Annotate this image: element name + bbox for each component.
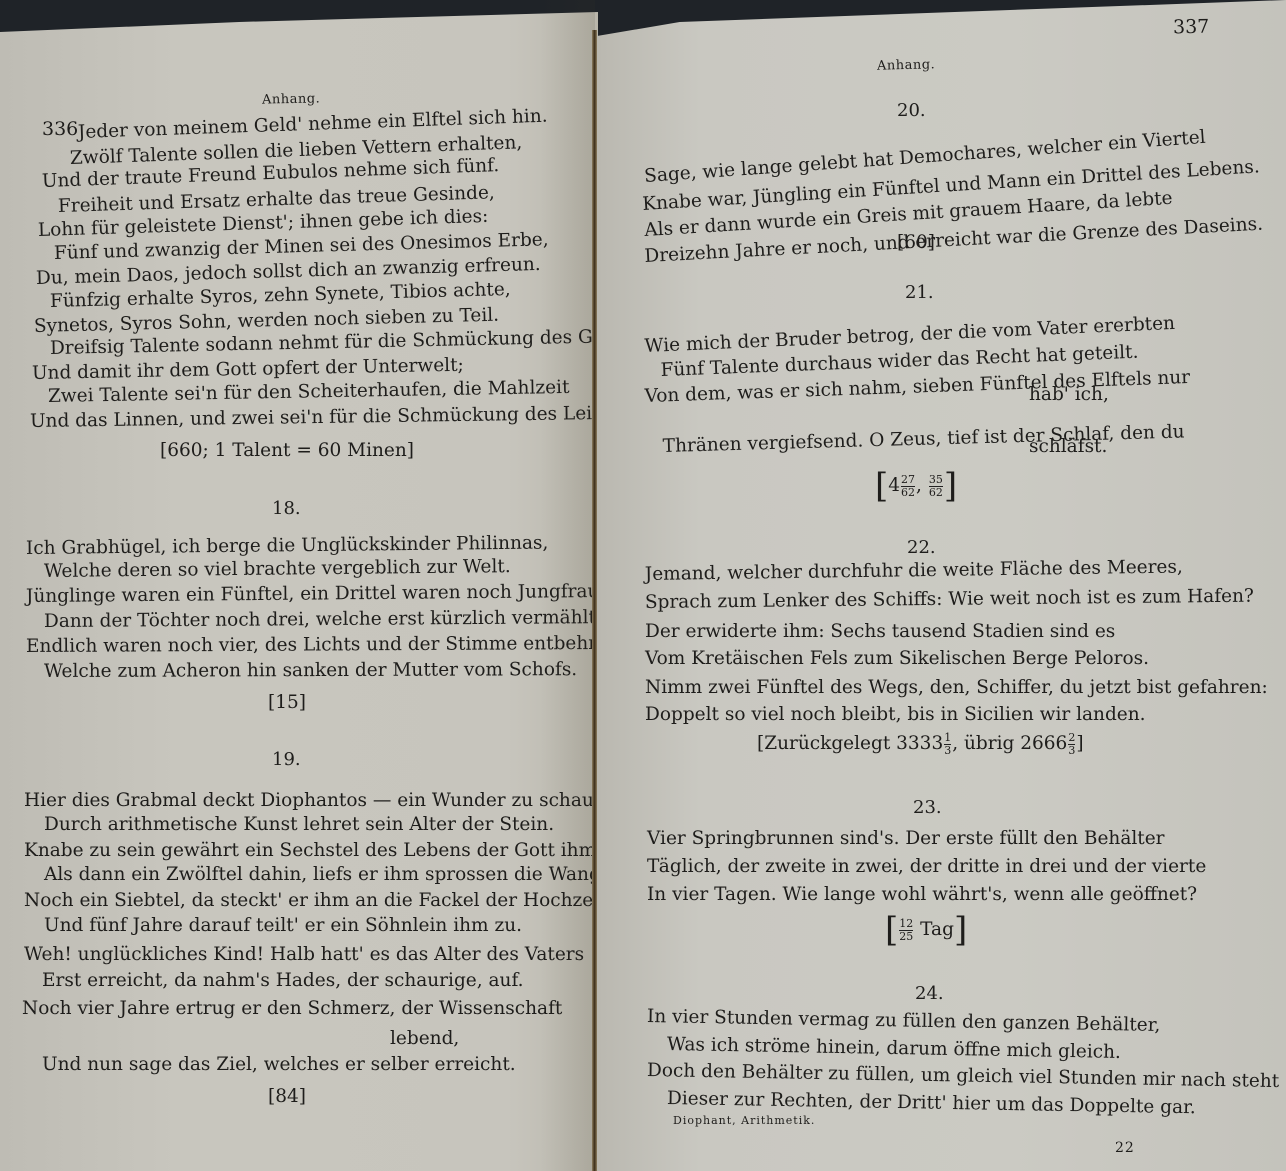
page-number: 336 xyxy=(42,118,78,140)
verse-line: Durch arithmetische Kunst lehret sein Al… xyxy=(44,816,554,835)
problem-number: 20. xyxy=(897,100,926,121)
verse-line-continuation: schläfst. xyxy=(1029,438,1107,457)
signature-title: Diophant, Arithmetik. xyxy=(673,1114,815,1127)
verse-line-continuation: hab' ich, xyxy=(1029,386,1109,405)
right-page: 337 Anhang. 20. Sage, wie lange gelebt h… xyxy=(597,0,1286,1171)
verse-line: Zwei Talente sei'n für den Scheiterhaufe… xyxy=(48,379,570,407)
problem-answer: [84] xyxy=(268,1086,306,1107)
verse-line: Jünglinge waren ein Fünftel, ein Drittel… xyxy=(26,583,617,607)
verse-line: Doppelt so viel noch bleibt, bis in Sici… xyxy=(645,706,1146,725)
book-gutter xyxy=(592,30,597,1171)
verse-line: Sprach zum Lenker des Schiffs: Wie weit … xyxy=(645,588,1254,613)
verse-line: Ich Grabhügel, ich berge die Unglückskin… xyxy=(26,535,549,559)
book-spread: Anhang. 336 Jeder von meinem Geld' nehme… xyxy=(0,0,1286,1171)
verse-line: In vier Tagen. Wie lange wohl währt's, w… xyxy=(647,886,1197,905)
verse-line-continuation: lebend, xyxy=(390,1030,459,1049)
fraction: 3562 xyxy=(929,474,943,498)
page-number: 337 xyxy=(1173,16,1210,39)
problem-number: 21. xyxy=(905,282,934,303)
problem-number: 22. xyxy=(907,537,936,558)
verse-line: Was ich ströme hinein, darum öffne mich … xyxy=(667,1036,1121,1062)
verse-line: In vier Stunden vermag zu füllen den gan… xyxy=(647,1008,1161,1035)
signature-number: 22 xyxy=(1115,1140,1135,1156)
verse-line: Noch vier Jahre ertrug er den Schmerz, d… xyxy=(22,1000,562,1019)
verse-line: Und fünf Jahre darauf teilt' er ein Söhn… xyxy=(44,917,522,936)
fraction: 23 xyxy=(1068,732,1075,756)
fraction: 2762 xyxy=(901,474,915,498)
verse-line: Hier dies Grabmal deckt Diophantos — ein… xyxy=(24,792,624,811)
verse-line: Welche deren so viel brachte vergeblich … xyxy=(44,558,511,581)
page-shadow xyxy=(540,0,595,1171)
problem-number: 19. xyxy=(272,749,301,770)
verse-line: Und nun sage das Ziel, welches er selber… xyxy=(42,1056,516,1075)
problem-answer: [15] xyxy=(268,692,306,713)
verse-line: Nimm zwei Fünftel des Wegs, den, Schiffe… xyxy=(645,679,1268,698)
verse-line: Der erwiderte ihm: Sechs tausend Stadien… xyxy=(645,623,1115,642)
verse-line: Als dann ein Zwölftel dahin, liefs er ih… xyxy=(44,866,612,885)
left-page: Anhang. 336 Jeder von meinem Geld' nehme… xyxy=(0,0,598,1171)
fraction: 1225 xyxy=(899,918,913,942)
verse-line: Weh! unglückliches Kind! Halb hatt' es d… xyxy=(24,946,584,965)
problem-answer: [660; 1 Talent = 60 Minen] xyxy=(160,440,414,461)
verse-line: Welche zum Acheron hin sanken der Mutter… xyxy=(44,661,577,681)
problem-number: 24. xyxy=(915,983,944,1004)
verse-line: Täglich, der zweite in zwei, der dritte … xyxy=(647,858,1206,877)
problem-answer: [60] xyxy=(897,232,935,253)
problem-number: 23. xyxy=(913,797,942,818)
running-head: Anhang. xyxy=(262,91,321,107)
verse-line: Und das Linnen, und zwei sei'n für die S… xyxy=(30,405,620,432)
problem-answer: [1225 Tag] xyxy=(885,910,967,950)
verse-line: Erst erreicht, da nahm's Hades, der scha… xyxy=(42,972,524,991)
fraction: 13 xyxy=(944,732,951,756)
verse-line: Knabe zu sein gewährt ein Sechstel des L… xyxy=(24,842,602,861)
verse-line: Vom Kretäischen Fels zum Sikelischen Ber… xyxy=(645,650,1149,669)
verse-line: Vier Springbrunnen sind's. Der erste fül… xyxy=(647,830,1165,849)
verse-line: Dann der Töchter noch drei, welche erst … xyxy=(44,609,602,631)
verse-line: Doch den Behälter zu füllen, um gleich v… xyxy=(647,1062,1279,1092)
verse-line: Noch ein Siebtel, da steckt' er ihm an d… xyxy=(24,892,612,911)
problem-answer: [42762, 3562] xyxy=(875,466,957,506)
problem-answer: [Zurückgelegt 333313, übrig 266623] xyxy=(757,732,1084,756)
problem-number: 18. xyxy=(272,498,301,519)
running-head: Anhang. xyxy=(877,57,936,74)
verse-line: Jemand, welcher durchfuhr die weite Fläc… xyxy=(645,558,1183,584)
